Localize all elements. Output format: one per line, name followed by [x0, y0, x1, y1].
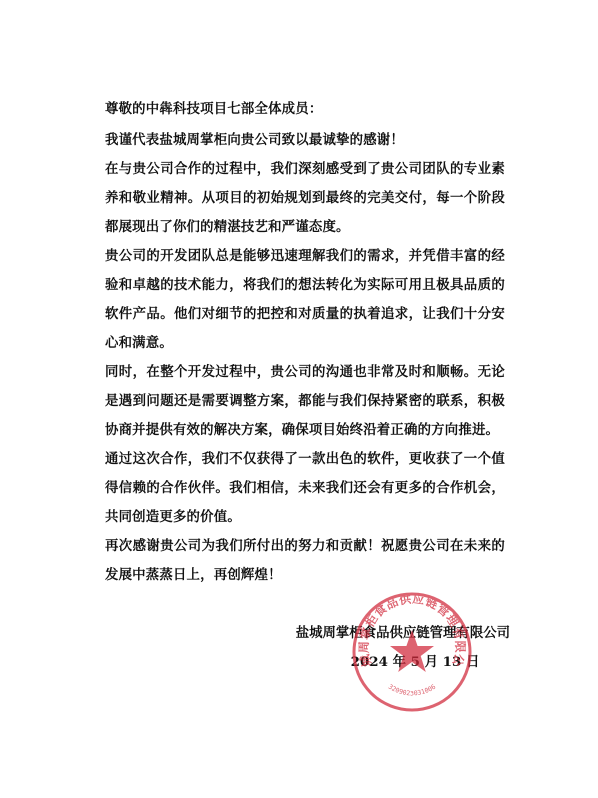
letter-body: 尊敬的中犇科技项目七部全体成员： 我谨代表盐城周掌柜向贵公司致以最诚挚的感谢！ … [105, 95, 505, 590]
paragraph-communication: 同时，在整个开发过程中，贵公司的沟通也非常及时和顺畅。无论是遇到问题还是需要调整… [105, 358, 505, 445]
seal-number: 3209023031006 [387, 683, 437, 698]
paragraph-closing: 再次感谢贵公司为我们所付出的努力和贡献！祝愿贵公司在未来的发展中蒸蒸日上，再创辉… [105, 532, 505, 590]
paragraph-partnership: 通过这次合作，我们不仅获得了一款出色的软件，更收获了一个值得信赖的合作伙伴。我们… [105, 445, 505, 532]
salutation: 尊敬的中犇科技项目七部全体成员： [105, 95, 505, 124]
paragraph-dev-team: 贵公司的开发团队总是能够迅速理解我们的需求，并凭借丰富的经验和卓越的技术能力，将… [105, 242, 505, 358]
signature-block: 盐城周掌柜食品供应链管理有限公司 2024 年 5 月 13 日 [280, 620, 510, 676]
svg-text:3209023031006: 3209023031006 [387, 683, 437, 698]
paragraph-cooperation: 在与贵公司合作的过程中，我们深刻感受到了贵公司团队的专业素养和敬业精神。从项目的… [105, 155, 505, 242]
paragraph-thanks: 我谨代表盐城周掌柜向贵公司致以最诚挚的感谢！ [105, 126, 505, 155]
signature-date: 2024 年 5 月 13 日 [280, 648, 510, 676]
signature-company: 盐城周掌柜食品供应链管理有限公司 [280, 620, 510, 648]
